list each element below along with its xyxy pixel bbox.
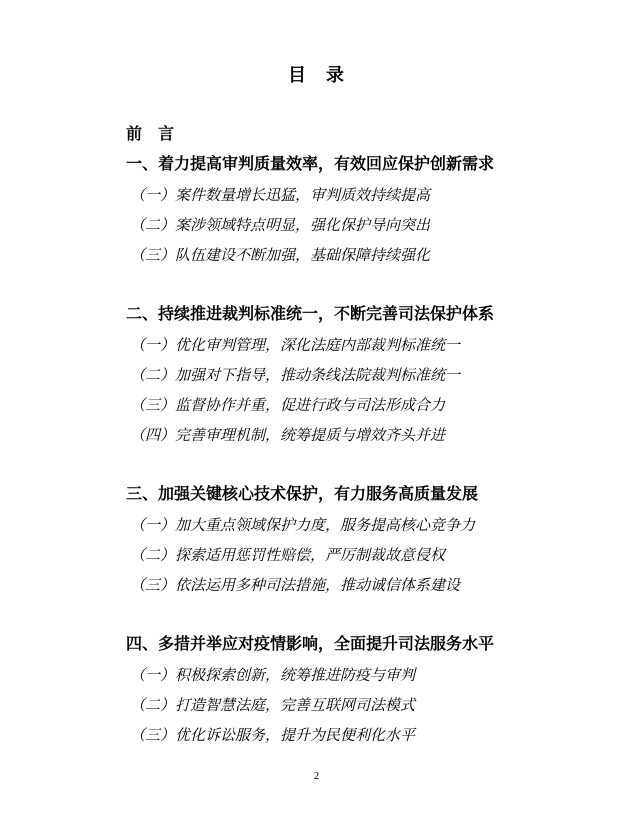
toc-entry: （三）优化诉讼服务，提升为民便利化水平 bbox=[130, 720, 633, 750]
toc-entry: （一）加大重点领域保护力度，服务提高核心竞争力 bbox=[130, 510, 633, 540]
toc-entry: （二）探索适用惩罚性赔偿，严厉制裁故意侵权 bbox=[130, 540, 633, 570]
toc-entry: （二）加强对下指导，推动条线法院裁判标准统一 bbox=[130, 360, 633, 390]
toc-entry: （四）完善审理机制，统筹提质与增效齐头并进 bbox=[130, 420, 633, 450]
toc-entry: （三）队伍建设不断加强，基础保障持续强化 bbox=[130, 240, 633, 270]
toc-section-4: 四、多措并举应对疫情影响，全面提升司法服务水平 （一）积极探索创新，统筹推进防疫… bbox=[126, 630, 633, 750]
toc-entry: （二）打造智慧法庭，完善互联网司法模式 bbox=[130, 690, 633, 720]
toc-section-2: 二、持续推进裁判标准统一，不断完善司法保护体系 （一）优化审判管理，深化法庭内部… bbox=[126, 300, 633, 450]
toc-entry: （一）优化审判管理，深化法庭内部裁判标准统一 bbox=[130, 330, 633, 360]
toc-entry: （三）依法运用多种司法措施，推动诚信体系建设 bbox=[130, 570, 633, 600]
toc-entry: （二）案涉领域特点明显，强化保护导向突出 bbox=[130, 210, 633, 240]
document-page: 目 录 前 言 一、着力提高审判质量效率，有效回应保护创新需求 （一）案件数量增… bbox=[0, 0, 633, 828]
toc-entry-preface: 前 言 bbox=[126, 120, 633, 150]
toc-section-1-heading: 一、着力提高审判质量效率，有效回应保护创新需求 bbox=[126, 150, 633, 180]
toc-entry: （三）监督协作并重，促进行政与司法形成合力 bbox=[130, 390, 633, 420]
toc-section-1: 一、着力提高审判质量效率，有效回应保护创新需求 （一）案件数量增长迅猛，审判质效… bbox=[126, 150, 633, 270]
table-of-contents: 前 言 一、着力提高审判质量效率，有效回应保护创新需求 （一）案件数量增长迅猛，… bbox=[126, 120, 633, 750]
toc-section-2-heading: 二、持续推进裁判标准统一，不断完善司法保护体系 bbox=[126, 300, 633, 330]
toc-section-3-heading: 三、加强关键核心技术保护，有力服务高质量发展 bbox=[126, 480, 633, 510]
toc-section-4-heading: 四、多措并举应对疫情影响，全面提升司法服务水平 bbox=[126, 630, 633, 660]
toc-entry: （一）积极探索创新，统筹推进防疫与审判 bbox=[130, 660, 633, 690]
toc-section-3: 三、加强关键核心技术保护，有力服务高质量发展 （一）加大重点领域保护力度，服务提… bbox=[126, 480, 633, 600]
page-number: 2 bbox=[0, 769, 633, 783]
page-title: 目 录 bbox=[0, 62, 633, 88]
toc-entry: （一）案件数量增长迅猛，审判质效持续提高 bbox=[130, 180, 633, 210]
